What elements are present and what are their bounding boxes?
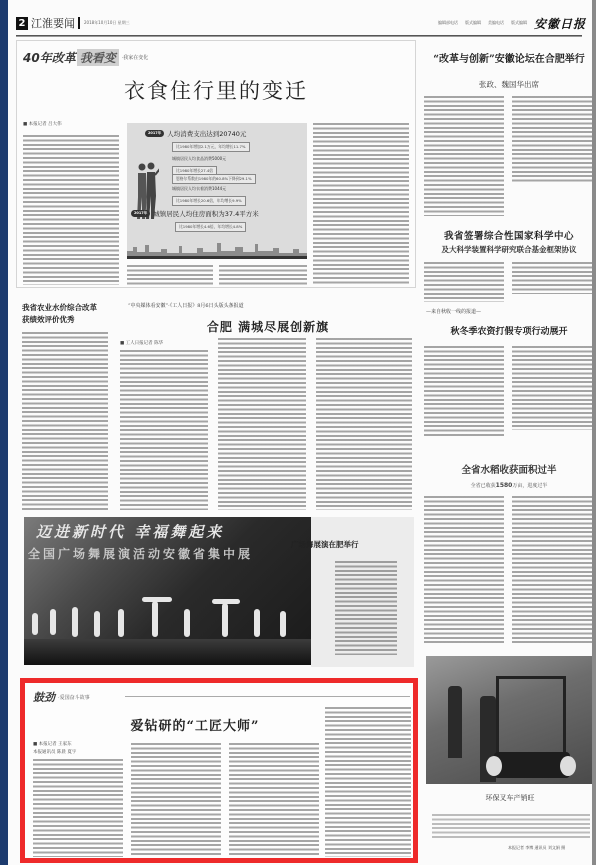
feature-article[interactable]: 40年改革 我看变 ·我家在变化 衣食住行里的变迁 ■ 本报记者 吕大伟 201… [16, 40, 416, 288]
photo-credit: 本报记者 李博 通讯员 刘文娟 摄 [508, 845, 565, 851]
newspaper-page: 2 江淮要闻 2018年10月10日 星期三 编辑部电话 版式编辑 美编电话 版… [8, 0, 596, 865]
hefei-headline: 合肥 满城尽展创新旗 [118, 318, 418, 335]
infographic-clothing: 城镇居民人均衣着消费1044元 [172, 186, 226, 192]
text-column [127, 265, 213, 285]
forum-subheadline: 张政、魏国华出席 [418, 79, 600, 90]
text-column [218, 338, 306, 510]
infographic: 2017年 人均消费支出达到20740元 比1980年增加2.1万元，年均增长1… [127, 123, 307, 259]
infographic-food: 城镇居民人均食品消费5000元 [172, 156, 226, 162]
science-center-headline: 我省签署综合性国家科学中心 [418, 228, 600, 242]
infographic-note: 比1980年增长20.6倍，年均增长9.9% [172, 196, 246, 206]
page-number: 2 [16, 17, 28, 30]
text-column [335, 561, 397, 655]
feature-headline: 衣食住行里的变迁 [17, 75, 415, 105]
highlighted-headline: 爱钻研的“工匠大师” [95, 715, 295, 734]
highlighted-article[interactable]: 鼓劲 ·爱国奋斗故事 爱钻研的“工匠大师” ■ 本报记者 王家东 本报通讯员 陈… [20, 678, 418, 863]
hefei-byline: ■ 工人日报记者 陈华 [120, 340, 163, 346]
text-column [512, 96, 592, 184]
masthead-label: 版式编辑 [511, 20, 527, 26]
text-column [229, 743, 319, 857]
infographic-note: 比1980年增加2.1万元，年均增长11.7% [172, 142, 250, 152]
infographic-note: 恩格尔系数由1980年的60.8%下降到29.1% [172, 174, 256, 184]
masthead-label: 编辑部电话 [438, 20, 458, 26]
rice-harvest-subheadline: 全省已收获1580万亩，进度过半 [418, 482, 600, 489]
section-divider [78, 17, 80, 29]
text-column [512, 262, 592, 294]
series-number: 40年改革 [23, 49, 76, 66]
column-subtitle: ·爱国奋斗故事 [58, 694, 90, 701]
section-name: 江淮要闻 [31, 15, 75, 31]
photo-caption-headline: 广场舞展演在肥举行 [291, 539, 359, 550]
masthead: 2 江淮要闻 2018年10月10日 星期三 编辑部电话 版式编辑 美编电话 版… [12, 12, 590, 34]
page-left-edge [0, 0, 8, 865]
feature-byline: ■ 本报记者 吕大伟 [23, 121, 62, 127]
city-skyline-icon [127, 237, 307, 257]
text-column [313, 123, 409, 285]
highlighted-byline: ■ 本报记者 王家东 本报通讯员 陈晨 夏宇 [33, 741, 76, 757]
paper-logo: 安徽日报 [534, 15, 586, 32]
hefei-kicker: “中央媒体看安徽”·《工人日报》8月6日头版头条报道 [128, 302, 244, 309]
series-subtitle: ·我家在变化 [122, 54, 149, 61]
masthead-label: 版式编辑 [465, 20, 481, 26]
masthead-right: 编辑部电话 版式编辑 美编电话 版式编辑 安徽日报 [438, 15, 590, 32]
masthead-date: 2018年10月10日 星期三 [84, 20, 130, 26]
text-column [512, 496, 592, 644]
text-column [316, 338, 412, 510]
infographic-note: 比1980年增长4.6倍，年均增长4.8% [175, 222, 246, 232]
water-reform-headline: 我省农业水价综合改革获绩效评价优秀 [22, 302, 102, 326]
year-pill: 2017年 [145, 130, 164, 137]
text-column [424, 262, 504, 302]
text-column [424, 96, 504, 216]
series-logo: 40年改革 我看变 ·我家在变化 [23, 49, 148, 66]
text-column [424, 346, 504, 438]
infographic-row-consumption: 2017年 人均消费支出达到20740元 [145, 129, 246, 138]
series-kicker: —来自秋收一线的报道— [426, 308, 481, 315]
column-brush-title: 鼓劲 [33, 689, 55, 705]
series-brush-title: 我看变 [77, 49, 119, 66]
anti-counterfeit-headline: 秋冬季农资打假专项行动展开 [418, 324, 600, 337]
forklift-photo[interactable] [426, 656, 594, 784]
rice-harvest-headline: 全省水稻收获面积过半 [418, 462, 600, 476]
text-column [219, 265, 307, 285]
masthead-label: 美编电话 [488, 20, 504, 26]
masthead-rule [16, 35, 582, 37]
text-column [33, 759, 123, 857]
text-column [23, 135, 119, 285]
text-column [424, 496, 504, 644]
year-pill: 2017年 [131, 210, 150, 217]
text-column [120, 350, 208, 510]
square-dance-photo[interactable]: 迈进新时代 幸福舞起来 全国广场舞展演活动安徽省集中展 [24, 517, 311, 665]
text-column [131, 743, 221, 857]
text-column [325, 707, 411, 857]
photo-banner-event: 全国广场舞展演活动安徽省集中展 [28, 545, 253, 562]
forklift-caption: 环保叉车产销旺 [426, 793, 594, 803]
text-column [512, 346, 592, 430]
science-center-subheadline: 及大科学装置科学研究联合基金框架协议 [418, 244, 600, 255]
column-logo: 鼓劲 ·爱国奋斗故事 [33, 689, 90, 705]
page-right-edge [592, 0, 596, 865]
forum-headline: “改革与创新”安徽论坛在合肥举行 [418, 50, 600, 65]
infographic-row-housing: 2017年 城镇居民人均住房面积为37.4平方米 [131, 209, 259, 218]
text-column [22, 332, 108, 512]
photo-banner-slogan: 迈进新时代 幸福舞起来 [36, 521, 224, 542]
text-column [432, 814, 590, 838]
